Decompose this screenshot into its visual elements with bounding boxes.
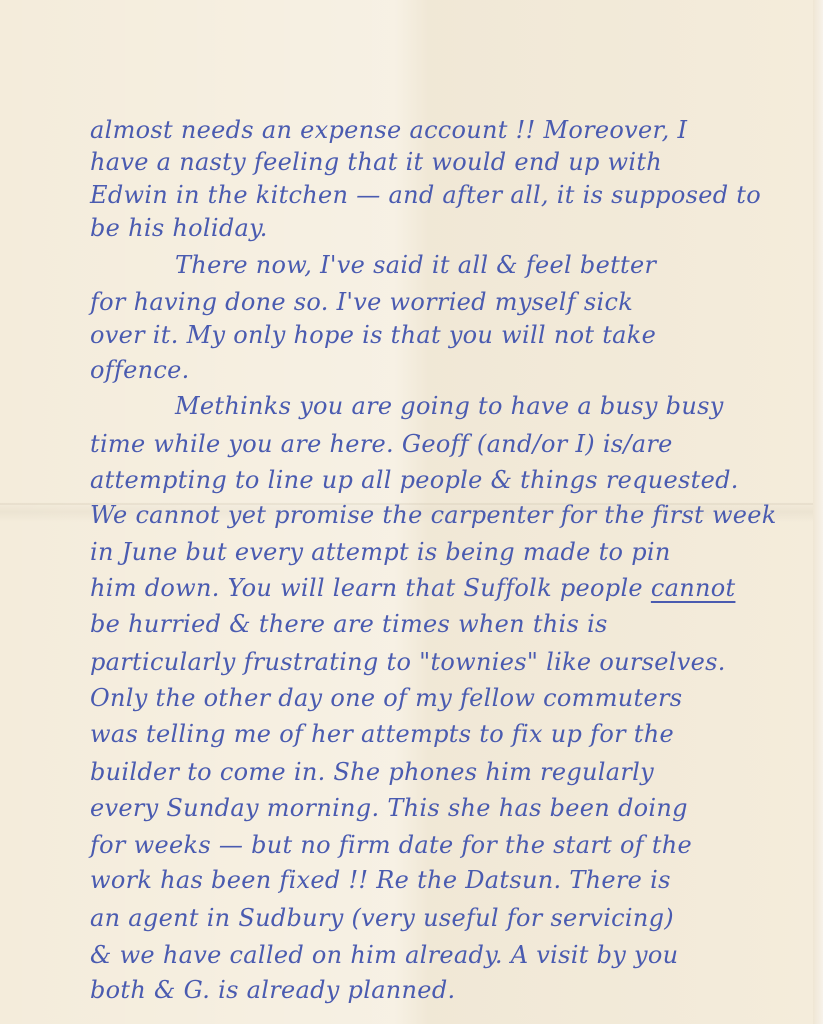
letter-line: was telling me of her attempts to fix up… xyxy=(90,722,674,746)
letter-line: have a nasty feeling that it would end u… xyxy=(90,150,662,174)
letter-line: an agent in Sudbury (very useful for ser… xyxy=(90,906,674,930)
letter-line: over it. My only hope is that you will n… xyxy=(90,323,656,347)
letter-line: be his holiday. xyxy=(90,216,268,240)
letter-line: every Sunday morning. This she has been … xyxy=(90,796,688,820)
letter-line: offence. xyxy=(90,358,190,382)
letter-line: builder to come in. She phones him regul… xyxy=(90,760,654,784)
letter-line: work has been fixed !! Re the Datsun. Th… xyxy=(90,868,671,892)
letter-line: & we have called on him already. A visit… xyxy=(90,943,678,967)
letter-line: There now, I've said it all & feel bette… xyxy=(175,253,656,277)
letter-line: time while you are here. Geoff (and/or I… xyxy=(90,432,673,456)
letter-line: both & G. is already planned. xyxy=(90,978,455,1002)
letter-line: particularly frustrating to "townies" li… xyxy=(90,650,726,674)
letter-line-text: him down. You will learn that Suffolk pe… xyxy=(90,574,643,602)
letter-line: for having done so. I've worried myself … xyxy=(90,290,633,314)
letter-line: We cannot yet promise the carpenter for … xyxy=(90,503,777,527)
letter-line: Only the other day one of my fellow comm… xyxy=(90,686,682,710)
letter-page: almost needs an expense account !! Moreo… xyxy=(0,0,823,1024)
letter-line: him down. You will learn that Suffolk pe… xyxy=(90,576,735,600)
underlined-word: cannot xyxy=(651,574,736,602)
letter-line: be hurried & there are times when this i… xyxy=(90,612,608,636)
letter-line: for weeks — but no firm date for the sta… xyxy=(90,833,692,857)
paper-edge xyxy=(813,0,823,1024)
letter-line: Edwin in the kitchen — and after all, it… xyxy=(90,183,761,207)
letter-line: almost needs an expense account !! Moreo… xyxy=(90,118,687,142)
letter-line: Methinks you are going to have a busy bu… xyxy=(175,394,724,418)
letter-line: attempting to line up all people & thing… xyxy=(90,468,739,492)
letter-line: in June but every attempt is being made … xyxy=(90,540,671,564)
